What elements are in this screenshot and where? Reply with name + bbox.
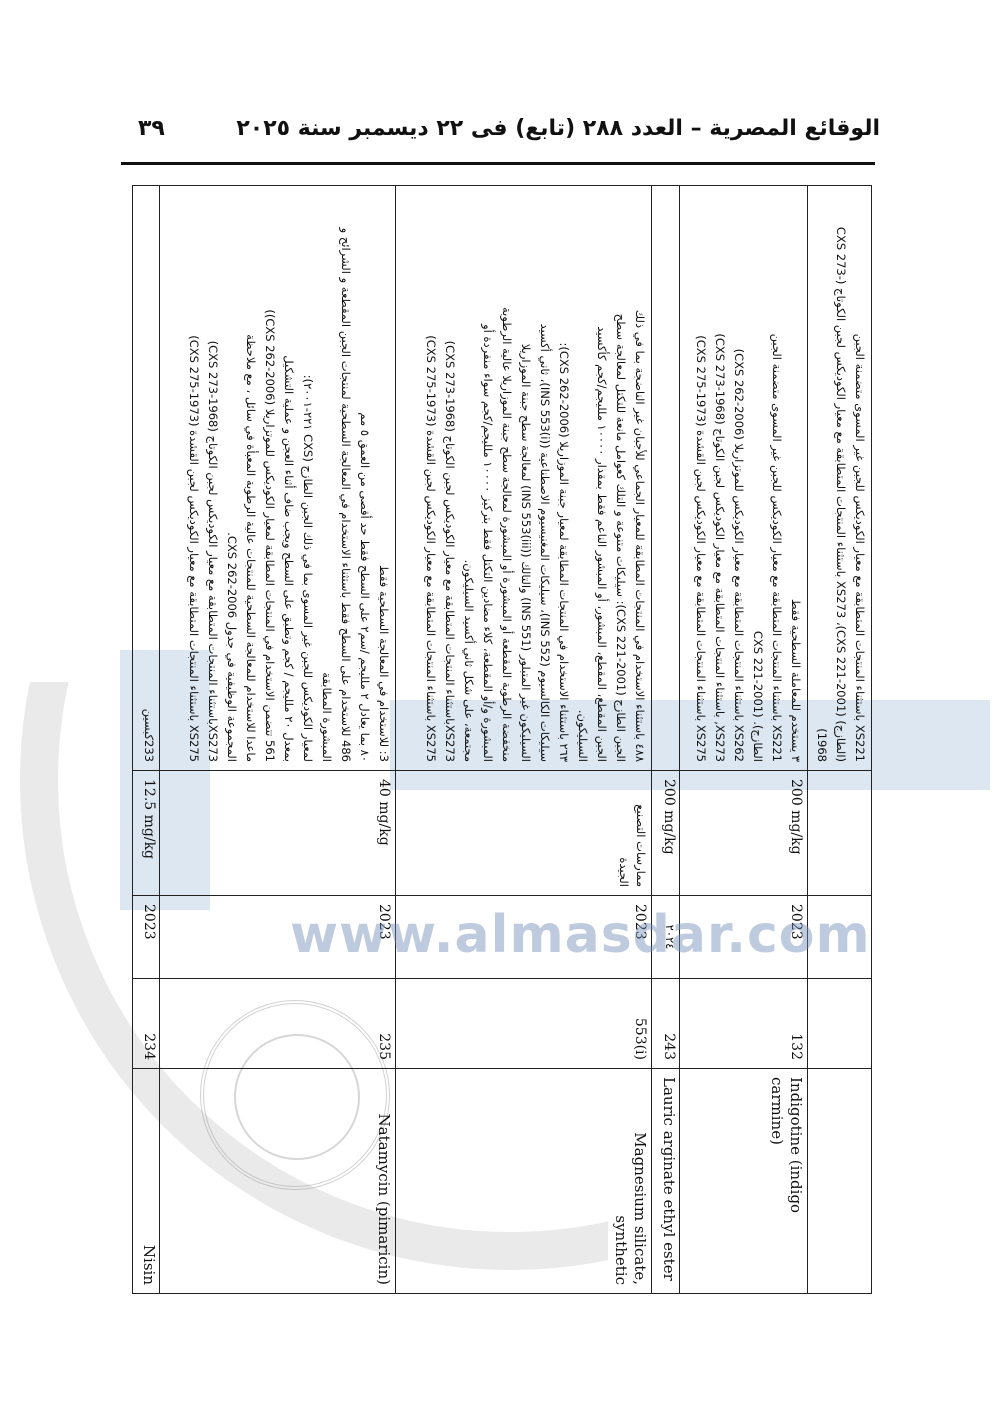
ins-cell: 132 bbox=[680, 979, 808, 1069]
table-row: 200 mg/kg ٢٠٢٤ 243 Lauric arginate ethyl… bbox=[652, 186, 680, 1294]
notes-cell: 3: للاستخدام في المعالجة السطحية فقط ٨٠ … bbox=[160, 186, 396, 771]
max-level-cell: 40 mg/kg bbox=[160, 771, 396, 896]
max-level-cell: 200 mg/kg bbox=[680, 771, 808, 896]
year-cell: 2023 bbox=[160, 896, 396, 979]
max-level-cell bbox=[808, 771, 872, 896]
additive-name-cell: Indigotine (indigo carmine) bbox=[680, 1069, 808, 1294]
year-cell: 2023 bbox=[396, 896, 652, 979]
gazette-title: الوقائع المصرية – العدد ٢٨٨ (تابع) فى ٢٢… bbox=[236, 116, 880, 141]
table-row: XS221 باستثناء المنتجات المتطابقة مع معي… bbox=[808, 186, 872, 1294]
table-row: ٣ يستخدم للمعاملة السطحية فقط XS221 باست… bbox=[680, 186, 808, 1294]
rotated-table-container: XS221 باستثناء المنتجات المتطابقة مع معي… bbox=[133, 185, 872, 1293]
ins-cell: 553(i) bbox=[396, 979, 652, 1069]
page-header: الوقائع المصرية – العدد ٢٨٨ (تابع) فى ٢٢… bbox=[120, 108, 880, 148]
notes-cell: XS221 باستثناء المنتجات المتطابقة مع معي… bbox=[808, 186, 872, 771]
additive-name-cell: Natamycin (pimaricin) bbox=[160, 1069, 396, 1294]
page-number: ٣٩ bbox=[120, 116, 165, 141]
year-cell: 2023 bbox=[680, 896, 808, 979]
max-level-cell: 12.5 mg/kg bbox=[133, 771, 160, 896]
ins-cell bbox=[808, 979, 872, 1069]
ins-cell: 243 bbox=[652, 979, 680, 1069]
notes-cell: 233كبسين bbox=[133, 186, 160, 771]
table-row: ٤٨٨ باستثناء الاستخدام في المنتجات المطا… bbox=[396, 186, 652, 1294]
table-row: 233كبسين 12.5 mg/kg 2023 234 Nisin bbox=[133, 186, 160, 1294]
year-cell bbox=[808, 896, 872, 979]
ins-cell: 235 bbox=[160, 979, 396, 1069]
max-level-cell: 200 mg/kg bbox=[652, 771, 680, 896]
notes-cell: ٣ يستخدم للمعاملة السطحية فقط XS221 باست… bbox=[680, 186, 808, 771]
additive-name-cell bbox=[808, 1069, 872, 1294]
header-rule bbox=[121, 162, 875, 165]
ins-cell: 234 bbox=[133, 979, 160, 1069]
notes-cell: ٤٨٨ باستثناء الاستخدام في المنتجات المطا… bbox=[396, 186, 652, 771]
max-level-cell: ممارسات التصنيع الجيدة bbox=[396, 771, 652, 896]
additive-name-cell: Magnesium silicate, synthetic bbox=[396, 1069, 652, 1294]
year-cell: ٢٠٢٤ bbox=[652, 896, 680, 979]
year-cell: 2023 bbox=[133, 896, 160, 979]
additive-name-cell: Nisin bbox=[133, 1069, 160, 1294]
table-row: 3: للاستخدام في المعالجة السطحية فقط ٨٠ … bbox=[160, 186, 396, 1294]
additive-name-cell: Lauric arginate ethyl ester bbox=[652, 1069, 680, 1294]
notes-cell bbox=[652, 186, 680, 771]
food-additives-table: XS221 باستثناء المنتجات المتطابقة مع معي… bbox=[132, 185, 872, 1294]
